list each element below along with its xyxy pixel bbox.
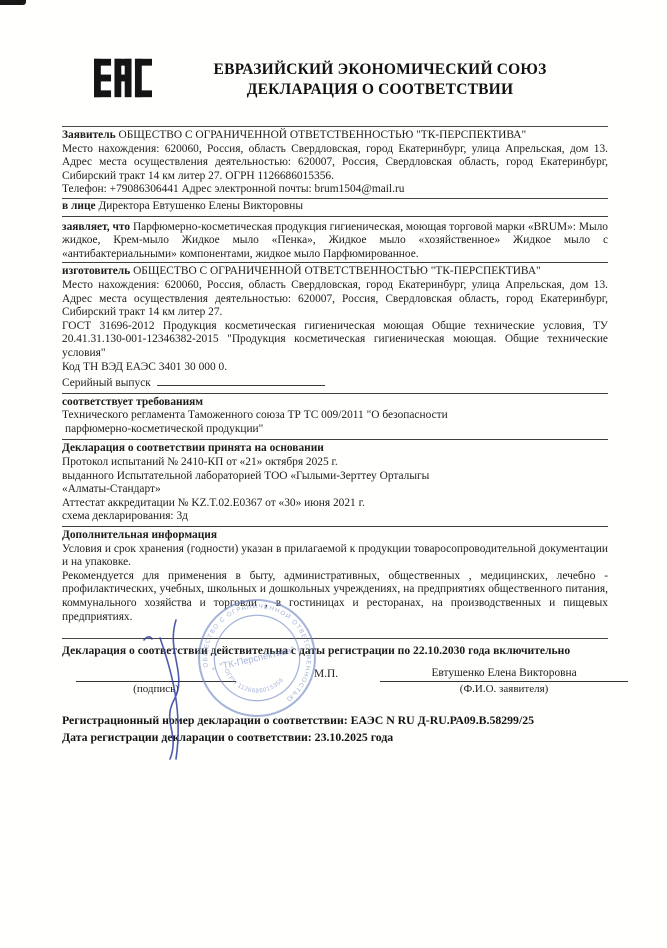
document-titles: ЕВРАЗИЙСКИЙ ЭКОНОМИЧЕСКИЙ СОЮЗ ДЕКЛАРАЦИ…: [152, 55, 608, 100]
basis-label: Декларация о соответствии принята на осн…: [62, 442, 608, 456]
additional-info-section: Дополнительная информация Условия и срок…: [62, 527, 608, 639]
manufacturer-address: Место нахождения: 620060, Россия, област…: [62, 279, 608, 320]
applicant-name: ОБЩЕСТВО С ОГРАНИЧЕННОЙ ОТВЕТСТВЕННОСТЬЮ…: [119, 129, 527, 141]
applicant-line: Заявитель ОБЩЕСТВО С ОГРАНИЧЕННОЙ ОТВЕТС…: [62, 129, 608, 143]
fio-area: Евтушенко Елена Викторовна (Ф.И.О. заяви…: [380, 667, 628, 697]
declares-text: Парфюмерно-косметическая продукция гигие…: [62, 221, 608, 260]
document-body: Заявитель ОБЩЕСТВО С ОГРАНИЧЕННОЙ ОТВЕТС…: [62, 126, 608, 746]
validity-statement: Декларация о соответствии действительна …: [62, 639, 608, 661]
declaration-document: ЕАС: [0, 0, 667, 948]
applicant-contacts: Телефон: +79086306441 Адрес электронной …: [62, 183, 608, 199]
in-person-line: в лице Директора Евтушенко Елены Викторо…: [62, 199, 608, 217]
basis-protocol: Протокол испытаний № 2410-КП от «21» окт…: [62, 456, 608, 470]
additional-p1: Условия и срок хранения (годности) указа…: [62, 543, 608, 570]
basis-attestation: Аттестат аккредитации № KZ.T.02.E0367 от…: [62, 497, 608, 511]
signature-area: (подпись): [76, 668, 236, 696]
registration-block: Регистрационный номер декларации о соотв…: [62, 712, 608, 746]
complies-section: соответствует требованиям Технического р…: [62, 394, 608, 441]
declares-section: заявляет, что Парфюмерно-косметическая п…: [62, 219, 608, 264]
basis-lab2: «Алматы-Стандарт»: [62, 483, 608, 497]
serial-issue-line: Серийный выпуск: [62, 374, 608, 391]
manufacturer-label: изготовитель: [62, 265, 130, 277]
additional-p2: Рекомендуется для применения в быту, адм…: [62, 570, 608, 624]
signature-caption: (подпись): [76, 682, 236, 696]
declares-paragraph: заявляет, что Парфюмерно-косметическая п…: [62, 221, 608, 262]
complies-line2: парфюмерно-косметической продукции": [62, 423, 608, 437]
signature-row: (подпись) М.П. Евтушенко Елена Викторовн…: [62, 667, 608, 697]
manufacturer-line: изготовитель ОБЩЕСТВО С ОГРАНИЧЕННОЙ ОТВ…: [62, 265, 608, 279]
basis-scheme: схема декларирования: 3д: [62, 510, 608, 524]
serial-issue: Серийный выпуск: [62, 377, 151, 389]
applicant-section: Заявитель ОБЩЕСТВО С ОГРАНИЧЕННОЙ ОТВЕТС…: [62, 126, 608, 219]
eac-mark-logo: ЕАС: [94, 55, 152, 101]
manufacturer-section: изготовитель ОБЩЕСТВО С ОГРАНИЧЕННОЙ ОТВ…: [62, 263, 608, 393]
manufacturer-standards: ГОСТ 31696-2012 Продукция косметическая …: [62, 320, 608, 361]
registration-date: Дата регистрации декларации о соответств…: [62, 729, 608, 746]
stamp-place-label: М.П.: [314, 668, 338, 697]
complies-line1: Технического регламента Таможенного союз…: [62, 409, 608, 423]
applicant-fio: Евтушенко Елена Викторовна: [380, 667, 628, 683]
in-person-text: Директора Евтушенко Елены Викторовны: [98, 200, 303, 212]
tnved-code: Код ТН ВЭД ЕАЭС 3401 30 000 0.: [62, 361, 608, 375]
registration-number: Регистрационный номер декларации о соотв…: [62, 712, 608, 729]
in-person-label: в лице: [62, 200, 96, 212]
eac-mark-icon: [94, 55, 152, 101]
scan-artifact: [0, 0, 26, 5]
basis-section: Декларация о соответствии принята на осн…: [62, 440, 608, 527]
declares-label: заявляет, что: [62, 221, 130, 233]
manufacturer-name: ОБЩЕСТВО С ОГРАНИЧЕННОЙ ОТВЕТСТВЕННОСТЬЮ…: [133, 265, 541, 277]
signature-line: [76, 668, 236, 682]
document-title: ДЕКЛАРАЦИЯ О СООТВЕТСТВИИ: [152, 80, 608, 100]
document-header: ЕАС: [62, 55, 608, 101]
basis-lab: выданного Испытательной лабораторией ТОО…: [62, 470, 608, 484]
applicant-address: Место нахождения: 620060, Россия, област…: [62, 143, 608, 184]
fio-caption: (Ф.И.О. заявителя): [380, 682, 628, 696]
additional-label: Дополнительная информация: [62, 529, 608, 543]
applicant-label: Заявитель: [62, 129, 116, 141]
union-title: ЕВРАЗИЙСКИЙ ЭКОНОМИЧЕСКИЙ СОЮЗ: [152, 60, 608, 80]
blank-underline: [157, 374, 325, 386]
complies-label: соответствует требованиям: [62, 396, 608, 410]
